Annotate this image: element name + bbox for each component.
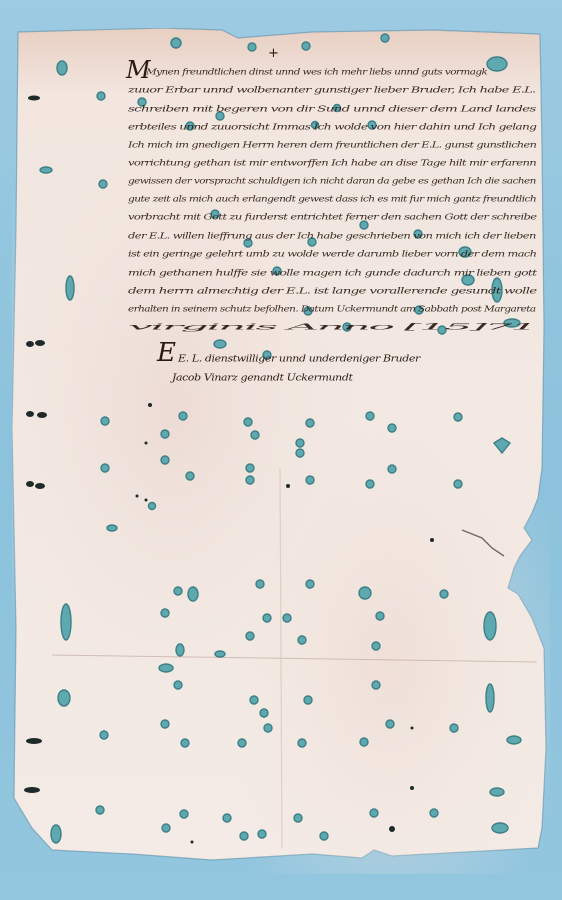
text-line: zuuor Erbar unnd wolbenanter gunstiger l… (128, 85, 535, 95)
text-line: gute zeit als mich auch erlangendt gewes… (128, 194, 536, 204)
text-line: vorrichtung gethan ist mir entworffen Ic… (128, 158, 536, 168)
signature-line: Jacob Vinarz genandt Uckermundt (172, 372, 353, 383)
text-line: Ich mich im gnedigen Herrn heren dem fre… (128, 140, 536, 150)
text-line: virginis Anno [15]71 (128, 322, 536, 332)
text-line: erhalten in seinem schutz befolhen. Datu… (128, 304, 536, 314)
text-line: erbteiles unnd zuuorsicht Immas Ich wold… (128, 122, 536, 132)
header-cross-mark: + (268, 46, 279, 61)
text-line: Mynen freundtlichen dinst unnd wes ich m… (146, 67, 536, 77)
text-line: mich gethanen hulffe sie wolle magen ich… (128, 268, 536, 278)
text-line: vorbracht mit Gott zu furderst entrichte… (128, 212, 537, 222)
text-line: ist ein geringe gelehrt umb zu wolde wer… (128, 249, 536, 259)
closing-initial-letter: E (157, 340, 176, 366)
text-line: schreiben mit begeren von dir Sund unnd … (128, 104, 536, 114)
text-line: der E.L. willen lieffrung aus der Ich ha… (128, 231, 536, 241)
paper-sheet (12, 28, 550, 874)
text-line: gewissen der vorspracht schuldigen ich n… (128, 176, 536, 186)
document-page (12, 28, 550, 874)
closing-line: E. L. dienstwilliger unnd underdeniger B… (178, 353, 420, 364)
text-line: dem herrn almechtig der E.L. ist lange v… (128, 286, 537, 296)
